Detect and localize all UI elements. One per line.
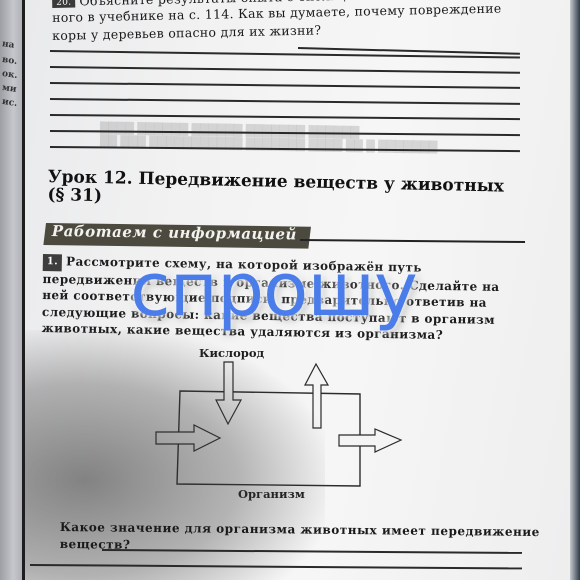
watermark-text: спрошу [130, 250, 417, 330]
left-in-arrow [156, 425, 220, 451]
oxygen-in-arrow [216, 362, 241, 424]
organism-label: Организм [238, 487, 305, 501]
top-out-arrow [305, 364, 328, 428]
question-text: Какое значение для организма животных им… [60, 520, 540, 552]
oxygen-label: Кислород [199, 346, 264, 360]
right-out-arrow [339, 429, 401, 452]
